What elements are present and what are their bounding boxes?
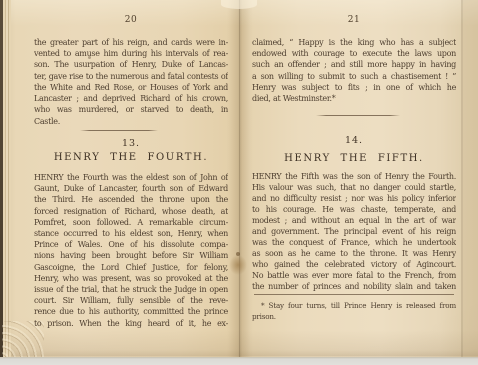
text-line: No battle was ever more fatal to the Fre… (252, 270, 456, 281)
text-line: claimed, “ Happy is the king who has a s… (252, 37, 456, 48)
text-line: Henry was subject to fits ; in one of wh… (252, 82, 456, 93)
text-line: HENRY the Fifth was the son of Henry the… (252, 171, 456, 182)
text-line: stance occurred to his eldest son, Henry… (34, 228, 228, 239)
text-line: and no difficulty resist ; nor was his p… (252, 193, 456, 204)
paper-stain-dot (236, 252, 240, 256)
right-page-edge (463, 0, 478, 357)
text-line: son. The usurpation of Henry, Duke of La… (34, 59, 228, 70)
paragraph-henry-the-fifth-body: HENRY the Fifth was the son of Henry the… (252, 171, 456, 292)
text-line: prison. (252, 312, 456, 323)
text-line: and government. The principal event of h… (252, 226, 456, 237)
text-line: * Stay four turns, till Prince Henry is … (252, 301, 456, 312)
paragraph-henry-iv-reign-continuation: the greater part of his reign, and cards… (34, 37, 228, 127)
page-left: 20 the greater part of his reign, and ca… (34, 0, 228, 357)
text-line: the Third. He ascended the throne upon t… (34, 194, 228, 205)
section-divider-rule (316, 115, 400, 116)
paragraph-henry-the-fourth-body: HENRY the Fourth was the eldest son of J… (34, 172, 228, 329)
text-line: the number of princes and nobility slain… (252, 281, 456, 292)
gutter-crease-line (239, 0, 240, 357)
text-line: vented to amuse him during his intervals… (34, 48, 228, 59)
text-line: Pomfret, soon followed. A remarkable cir… (34, 217, 228, 228)
text-line: court. Sir William, fully sensible of th… (34, 295, 228, 306)
page-number-right: 21 (252, 15, 456, 25)
text-line: Gascoigne, the Lord Chief Justice, for f… (34, 262, 228, 273)
text-line: to his courage. He was chaste, temperate… (252, 204, 456, 215)
page-edge-stack (3, 0, 11, 357)
text-line: who gained the celebrated victory of Agi… (252, 259, 456, 270)
book-scan: 20 the greater part of his reign, and ca… (0, 0, 478, 365)
text-line: the White and Red Rose, or Houses of Yor… (34, 82, 228, 93)
text-line: His valour was such, that no danger coul… (252, 182, 456, 193)
text-line: rence due to his authority, committed th… (34, 306, 228, 317)
text-line: died, at Westminster.* (252, 93, 456, 104)
page-right: 21 claimed, “ Happy is the king who has … (252, 0, 456, 357)
paper-stain (229, 255, 247, 275)
chapter-heading-henry-the-fifth: HENRY THE FIFTH. (252, 153, 456, 164)
text-line: forced resignation of Richard, whose dea… (34, 206, 228, 217)
text-line: ter, gave rise to the numerous and fatal… (34, 71, 228, 82)
text-line: who was murdered, or starved to death, i… (34, 104, 228, 115)
text-line: Prince of Wales. One of his dissolute co… (34, 239, 228, 250)
text-line: to prison. When the king heard of it, he… (34, 318, 228, 329)
text-line: issue of the trial, that he struck the J… (34, 284, 228, 295)
text-line: the greater part of his reign, and cards… (34, 37, 228, 48)
text-line: Henry, who was present, was so provoked … (34, 273, 228, 284)
chapter-heading-henry-the-fourth: HENRY THE FOURTH. (34, 152, 228, 163)
paragraph-henry-iv-conclusion: claimed, “ Happy is the king who has a s… (252, 37, 456, 104)
text-line: endowed with courage to execute the laws… (252, 48, 456, 59)
page-number-left: 20 (34, 15, 228, 25)
text-line: Gaunt, Duke of Lancaster, fourth son of … (34, 183, 228, 194)
text-line: was the conquest of France, which he und… (252, 237, 456, 248)
footnote-rule (254, 294, 454, 295)
scan-backing-strip (0, 357, 478, 365)
text-line: as soon as he came to the throne. It was… (252, 248, 456, 259)
text-line: modest ; and without an equal in the art… (252, 215, 456, 226)
footnote-game-instruction: * Stay four turns, till Prince Henry is … (252, 301, 456, 322)
text-line: HENRY the Fourth was the eldest son of J… (34, 172, 228, 183)
text-line: such an offender ; and still more happy … (252, 59, 456, 70)
text-line: Castle. (34, 116, 228, 127)
text-line: Lancaster ; and deprived Richard of his … (34, 93, 228, 104)
text-line: nions having been brought before Sir Wil… (34, 250, 228, 261)
book-gutter-shadow (227, 0, 253, 357)
section-number-14: 14. (252, 135, 456, 146)
section-divider-rule (80, 130, 158, 131)
section-number-13: 13. (34, 138, 228, 149)
text-line: a son willing to submit to such a chasti… (252, 71, 456, 82)
